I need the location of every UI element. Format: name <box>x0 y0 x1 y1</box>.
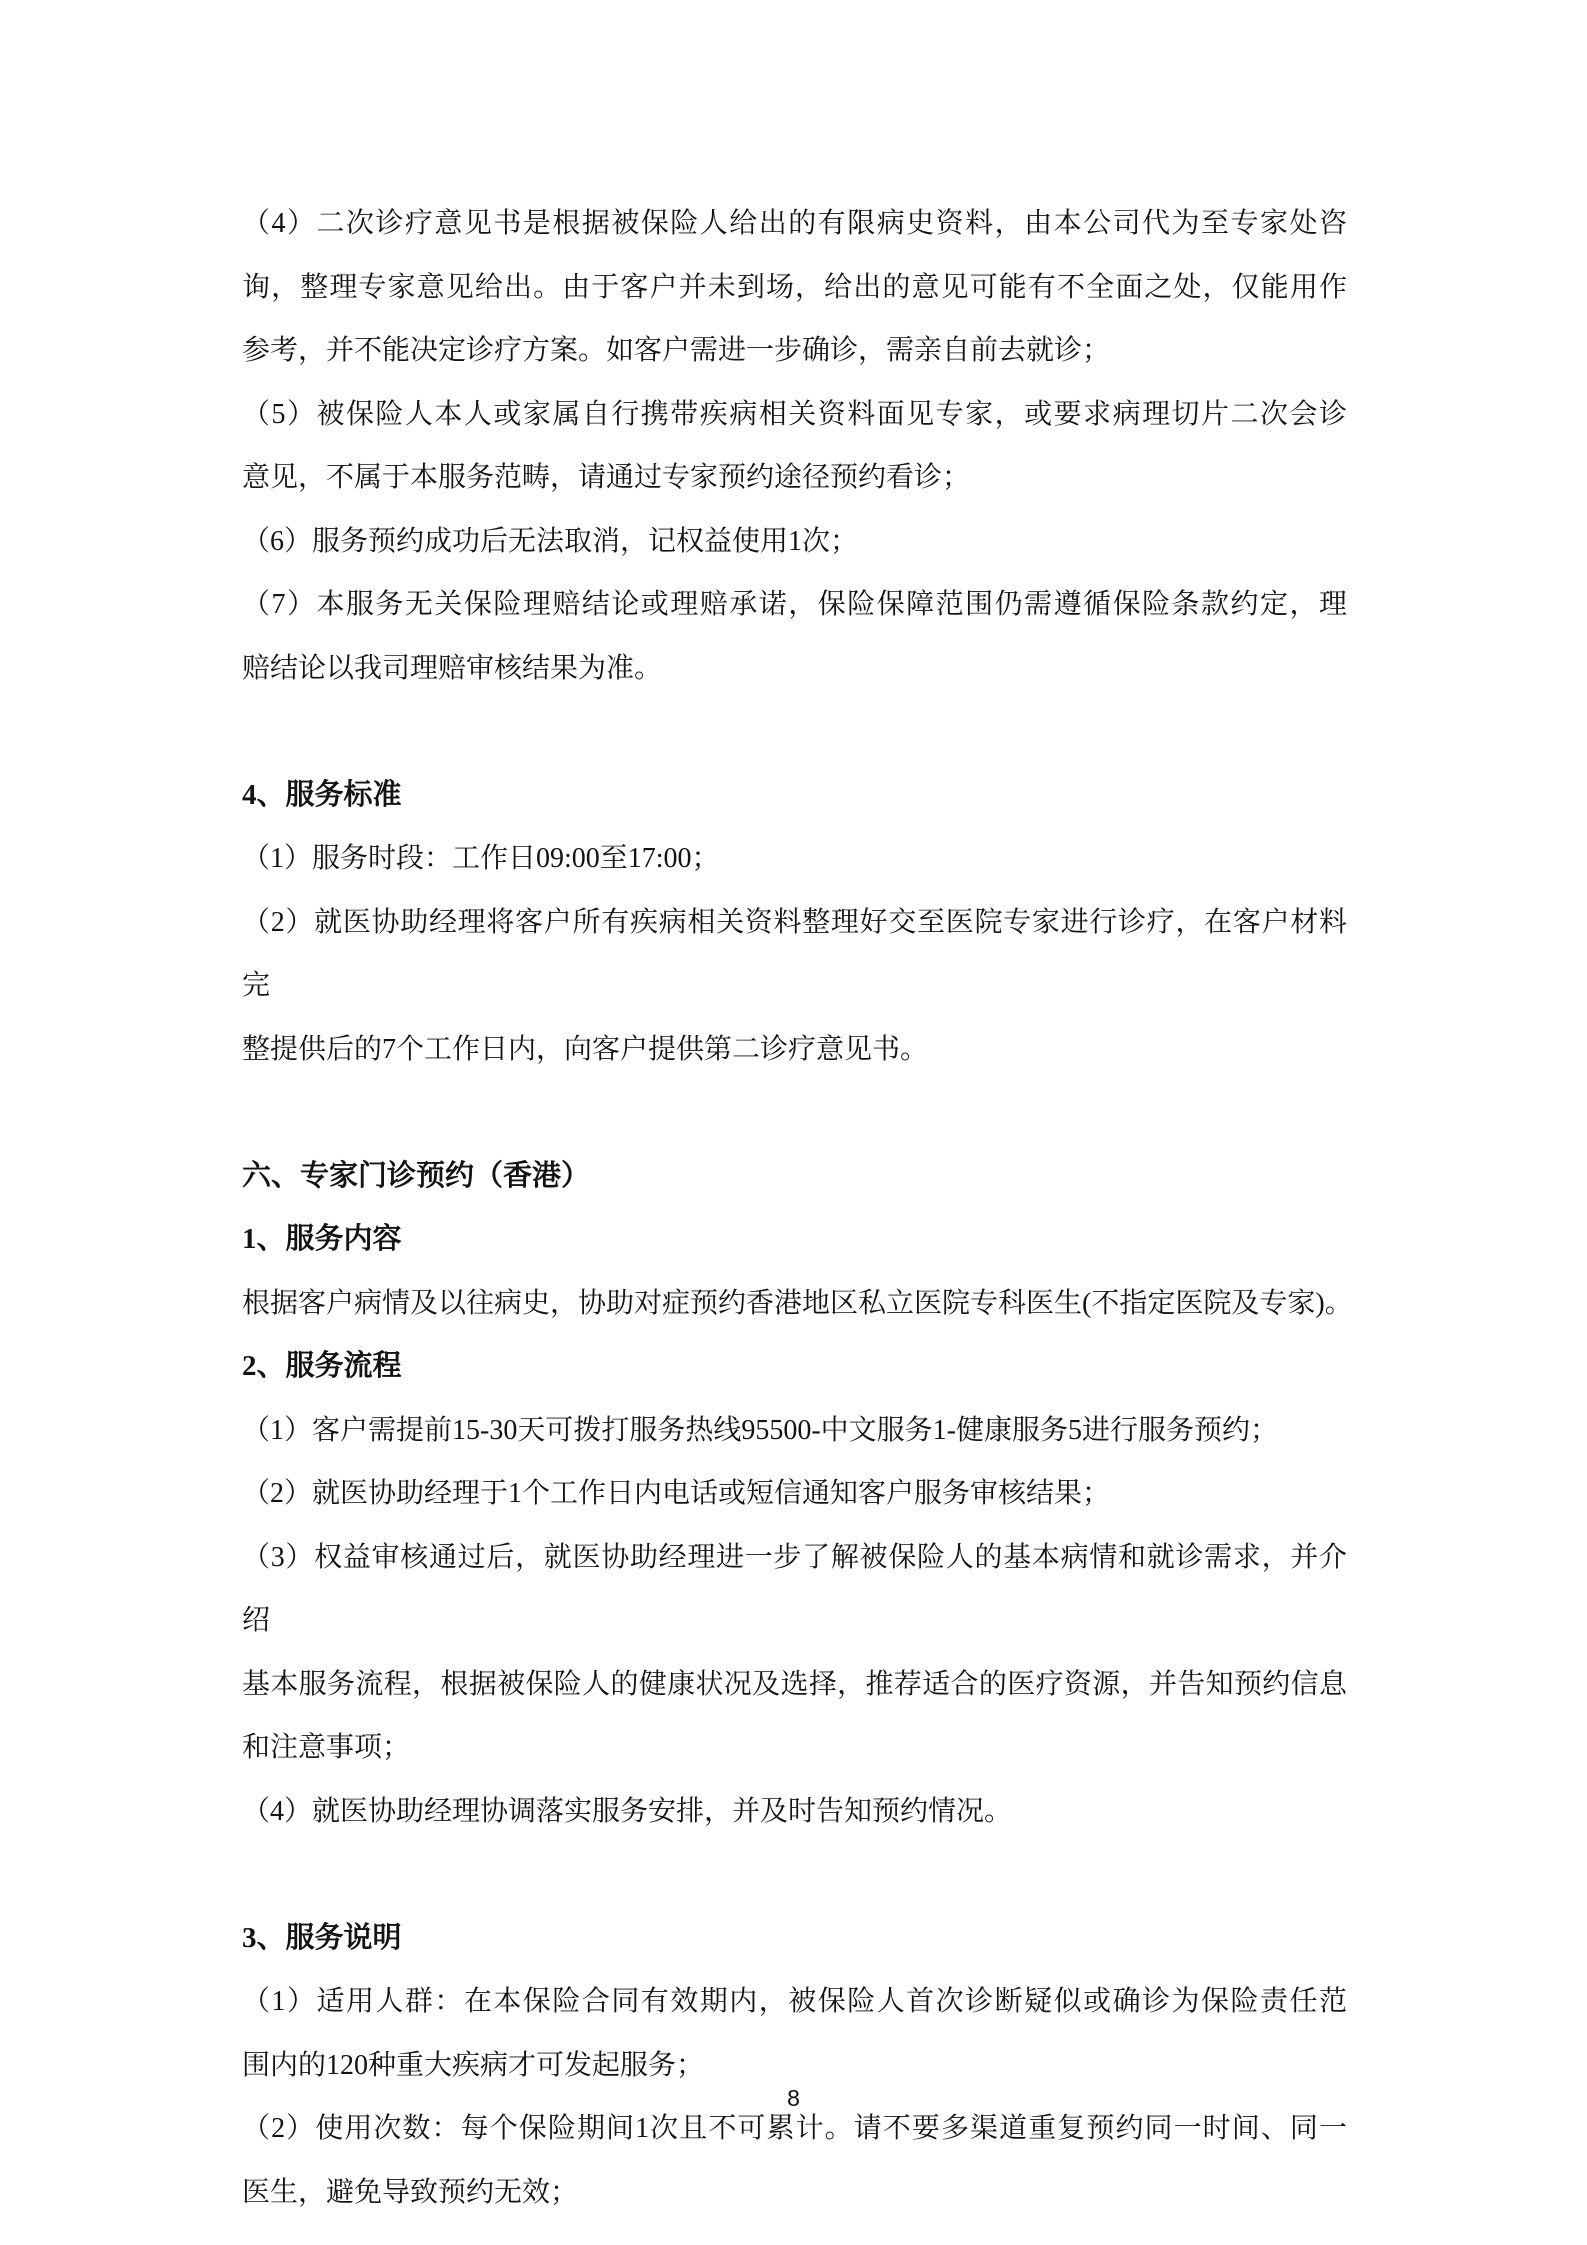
section-gap <box>242 1843 1347 1907</box>
service-notes-item-1-line-1: （1）适用人群：在本保险合同有效期内，被保险人首次诊断疑似或确诊为保险责任范 <box>242 1970 1347 2034</box>
heading-service-process: 2、服务流程 <box>242 1335 1347 1399</box>
document-body: （4）二次诊疗意见书是根据被保险人给出的有限病史资料，由本公司代为至专家处咨 询… <box>242 192 1347 2224</box>
heading-service-standard: 4、服务标准 <box>242 764 1347 828</box>
service-standard-item-2-line-2: 整提供后的7个工作日内，向客户提供第二诊疗意见书。 <box>242 1018 1347 1082</box>
section-gap <box>242 1081 1347 1145</box>
clause-4-line-2: 询，整理专家意见给出。由于客户并未到场，给出的意见可能有不全面之处，仅能用作 <box>242 256 1347 320</box>
clause-4-line-3: 参考，并不能决定诊疗方案。如客户需进一步确诊，需亲自前去就诊； <box>242 319 1347 383</box>
heading-service-content: 1、服务内容 <box>242 1208 1347 1272</box>
clause-4-line-1: （4）二次诊疗意见书是根据被保险人给出的有限病史资料，由本公司代为至专家处咨 <box>242 192 1347 256</box>
heading-service-notes: 3、服务说明 <box>242 1907 1347 1971</box>
service-process-item-3-line-1: （3）权益审核通过后，就医协助经理进一步了解被保险人的基本病情和就诊需求，并介绍 <box>242 1526 1347 1653</box>
service-process-item-4: （4）就医协助经理协调落实服务安排，并及时告知预约情况。 <box>242 1780 1347 1844</box>
service-process-item-3-line-3: 和注意事项； <box>242 1716 1347 1780</box>
service-notes-item-2-line-2: 医生，避免导致预约无效； <box>242 2161 1347 2225</box>
clause-7-line-1: （7）本服务无关保险理赔结论或理赔承诺，保险保障范围仍需遵循保险条款约定，理 <box>242 573 1347 637</box>
service-content-text: 根据客户病情及以往病史，协助对症预约香港地区私立医院专科医生(不指定医院及专家)… <box>242 1272 1347 1336</box>
page-number: 8 <box>0 2085 1587 2112</box>
heading-section-6-expert-clinic-hk: 六、专家门诊预约（香港） <box>242 1145 1347 1209</box>
service-standard-item-2-line-1: （2）就医协助经理将客户所有疾病相关资料整理好交至医院专家进行诊疗，在客户材料完 <box>242 891 1347 1018</box>
service-process-item-3-line-2: 基本服务流程，根据被保险人的健康状况及选择，推荐适合的医疗资源，并告知预约信息 <box>242 1653 1347 1717</box>
clause-5-line-2: 意见，不属于本服务范畴，请通过专家预约途径预约看诊； <box>242 446 1347 510</box>
clause-5-line-1: （5）被保险人本人或家属自行携带疾病相关资料面见专家，或要求病理切片二次会诊 <box>242 383 1347 447</box>
section-gap <box>242 700 1347 764</box>
clause-6-line-1: （6）服务预约成功后无法取消，记权益使用1次； <box>242 510 1347 574</box>
document-page: （4）二次诊疗意见书是根据被保险人给出的有限病史资料，由本公司代为至专家处咨 询… <box>0 0 1587 2245</box>
service-process-item-1: （1）客户需提前15-30天可拨打服务热线95500-中文服务1-健康服务5进行… <box>242 1399 1347 1463</box>
service-standard-item-1: （1）服务时段：工作日09:00至17:00； <box>242 827 1347 891</box>
clause-7-line-2: 赔结论以我司理赔审核结果为准。 <box>242 637 1347 701</box>
service-process-item-2: （2）就医协助经理于1个工作日内电话或短信通知客户服务审核结果； <box>242 1462 1347 1526</box>
